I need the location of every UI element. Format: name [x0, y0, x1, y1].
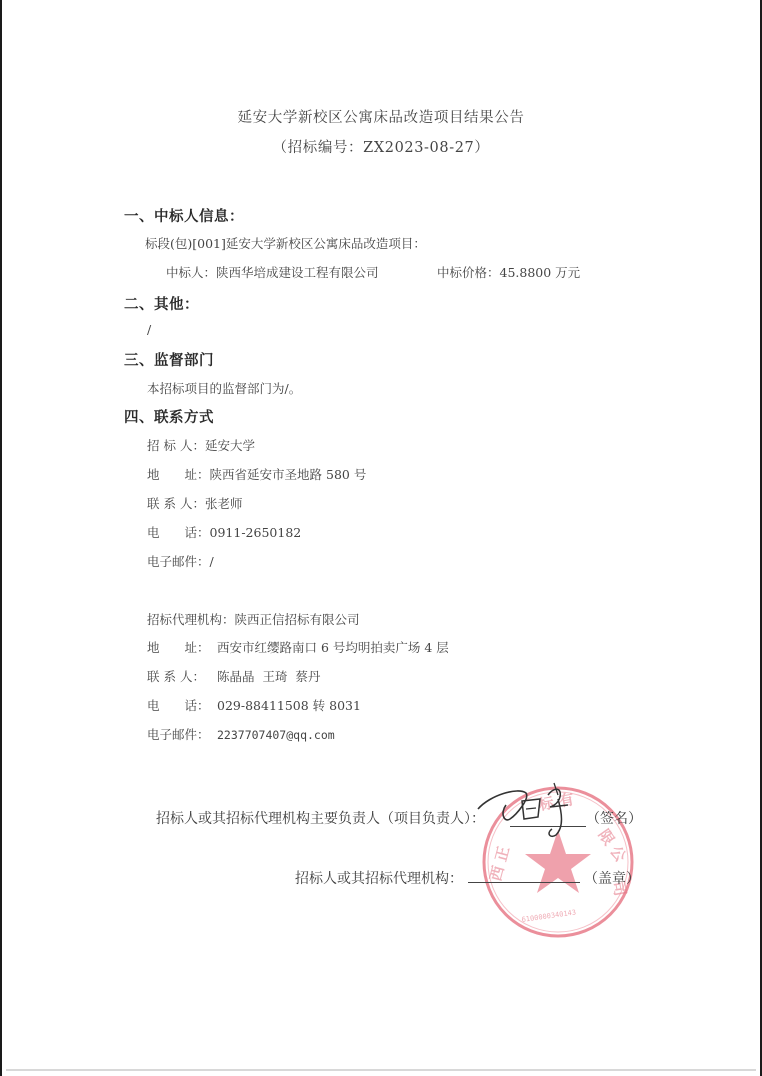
- agency-address-label: 地 址：: [147, 638, 217, 656]
- tenderer-contact-value: 张老师: [205, 496, 243, 511]
- document-title: 延安大学新校区公寓床品改造项目结果公告: [0, 106, 762, 127]
- agency-contact-value: 陈晶晶 王琦 蔡丹: [217, 669, 320, 684]
- tenderer-label: 招 标 人：: [147, 438, 205, 453]
- agency-phone-label: 电 话：: [147, 696, 217, 714]
- agency-email-value: 2237707407@qq.com: [217, 728, 335, 742]
- price-value: 45.8800 万元: [500, 265, 581, 280]
- document-subtitle: （招标编号：ZX2023-08-27）: [0, 136, 762, 157]
- tenderer-phone-label: 电 话：: [147, 525, 210, 540]
- responsible-person-label: 招标人或其招标代理机构主要负责人（项目负责人）：: [156, 808, 485, 828]
- tenderer-row-email: 电子邮件：/: [147, 552, 214, 570]
- winner-row: 中标人：陕西华培成建设工程有限公司: [166, 263, 379, 281]
- tenderer-row-contact: 联 系 人：张老师: [147, 494, 242, 512]
- agency-phone-value: 029-88411508 转 8031: [217, 698, 361, 713]
- tenderer-row-address: 地 址：陕西省延安市圣地路 580 号: [147, 465, 366, 483]
- page-edge-bottom: [6, 1069, 756, 1071]
- other-content: /: [147, 322, 151, 337]
- seal-suffix: （盖章）: [584, 868, 640, 888]
- sign-suffix: （签名）: [586, 808, 642, 828]
- tenderer-phone-value: 0911-2650182: [210, 525, 302, 540]
- supervision-content: 本招标项目的监督部门为/。: [147, 379, 301, 397]
- tenderer-email-label: 电子邮件：: [147, 554, 210, 569]
- tenderer-value: 延安大学: [205, 438, 255, 453]
- section-heading-contact: 四、联系方式: [124, 406, 214, 427]
- svg-text:6100000340143: 6100000340143: [521, 908, 576, 924]
- agency-row-name: 招标代理机构：陕西正信招标有限公司: [147, 610, 360, 628]
- agency-address-value: 西安市红缨路南口 6 号均明拍卖广场 4 层: [217, 640, 449, 655]
- agency-contact-label: 联 系 人：: [147, 667, 217, 685]
- section-heading-winner-info: 一、中标人信息：: [124, 205, 244, 226]
- agency-name-label: 招标代理机构：: [147, 612, 235, 627]
- organization-label: 招标人或其招标代理机构：: [295, 868, 463, 888]
- tenderer-row-phone: 电 话：0911-2650182: [147, 523, 301, 541]
- agency-name-value: 陕西正信招标有限公司: [235, 612, 360, 627]
- lot-line: 标段(包)[001]延安大学新校区公寓床品改造项目：: [145, 234, 426, 252]
- handwritten-signature: [470, 775, 590, 855]
- agency-email-label: 电子邮件：: [147, 725, 217, 743]
- tenderer-address-value: 陕西省延安市圣地路 580 号: [210, 467, 367, 482]
- agency-row-email: 电子邮件：2237707407@qq.com: [147, 725, 335, 743]
- seal-underline: [468, 882, 580, 883]
- tenderer-address-label: 地 址：: [147, 467, 210, 482]
- tenderer-row-name: 招 标 人：延安大学: [147, 436, 255, 454]
- tenderer-contact-label: 联 系 人：: [147, 496, 205, 511]
- price-row: 中标价格：45.8800 万元: [437, 263, 580, 281]
- winner-value: 陕西华培成建设工程有限公司: [216, 265, 379, 280]
- section-heading-supervision: 三、监督部门: [124, 349, 214, 370]
- page-edge-left: [0, 0, 2, 1076]
- section-heading-other: 二、其他：: [124, 293, 199, 314]
- agency-row-contact: 联 系 人：陈晶晶 王琦 蔡丹: [147, 667, 320, 685]
- price-label: 中标价格：: [437, 265, 500, 280]
- winner-label: 中标人：: [166, 265, 216, 280]
- agency-row-phone: 电 话：029-88411508 转 8031: [147, 696, 361, 714]
- agency-row-address: 地 址：西安市红缨路南口 6 号均明拍卖广场 4 层: [147, 638, 449, 656]
- tenderer-email-value: /: [210, 554, 214, 569]
